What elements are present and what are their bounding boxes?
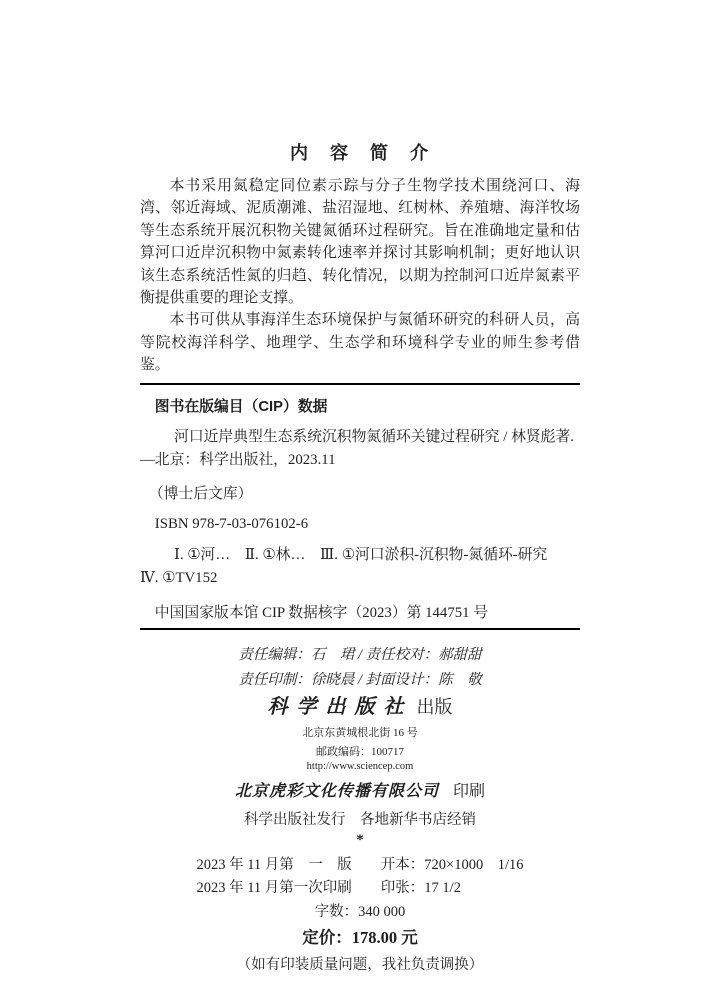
upper-content: 内 容 简 介 本书采用氮稳定同位素示踪与分子生物学技术围绕河口、海湾、邻近海域… [140,0,580,693]
credits-block: 责任编辑：石 珺 / 责任校对：郝甜甜 责任印制：徐晓晨 / 封面设计：陈 敬 [140,643,580,693]
cip-classification: Ⅰ. ①河… Ⅱ. ①林… Ⅲ. ①河口淤积-沉积物-氮循环-研究 Ⅳ. ①TV… [140,544,580,590]
quality-note: （如有印装质量问题，我社负责调换） [140,953,580,974]
intro-paragraph-1: 本书采用氮稳定同位素示踪与分子生物学技术围绕河口、海湾、邻近海域、泥质潮滩、盐沼… [140,175,580,309]
cip-isbn: ISBN 978-7-03-076102-6 [140,516,580,533]
printer-name: 北京虎彩文化传播有限公司 [235,783,439,800]
divider-rule-top [140,383,580,385]
cip-registry-number: 中国国家版本馆 CIP 数据核字（2023）第 144751 号 [140,601,580,622]
publisher-role: 出版 [417,697,453,717]
publisher-name-line: 科 学 出 版 社 出版 [140,690,580,719]
cip-block: 图书在版编目（CIP）数据 河口近岸典型生态系统沉积物氮循环关键过程研究 / 林… [140,395,580,622]
cip-series: （博士后文库） [140,482,580,503]
publisher-postcode: 邮政编码：100717 [140,743,580,759]
cip-entry: 河口近岸典型生态系统沉积物氮循环关键过程研究 / 林贤彪著. —北京：科学出版社… [140,426,580,472]
publisher-website: http://www.sciencep.com [140,761,580,772]
edition-line: 2023 年 11 月第 一 版 开本：720×1000 1/16 [196,854,523,877]
printer-role: 印刷 [453,783,485,800]
star-separator: * [140,832,580,849]
cip-heading: 图书在版编目（CIP）数据 [140,395,580,416]
distribution-line: 科学出版社发行 各地新华书店经销 [140,808,580,829]
printer-line: 北京虎彩文化传播有限公司 印刷 [140,778,580,801]
price: 定价：178.00 元 [140,924,580,948]
credits-editors: 责任编辑：石 珺 / 责任校对：郝甜甜 [140,643,580,668]
publisher-logotype: 科 学 出 版 社 [268,696,406,718]
word-count: 字数：340 000 [140,900,580,921]
intro-paragraph-2: 本书可供从事海洋生态环境保护与氮循环研究的科研人员，高等院校海洋科学、地理学、生… [140,309,580,376]
copyright-page: 内 容 简 介 本书采用氮稳定同位素示踪与分子生物学技术围绕河口、海湾、邻近海域… [0,0,720,1000]
publisher-address: 北京东黄城根北街 16 号 [140,724,580,740]
intro-title: 内 容 简 介 [140,139,580,165]
imprint-content: 科 学 出 版 社 出版 北京东黄城根北街 16 号 邮政编码：100717 h… [140,690,580,974]
impression-line: 2023 年 11 月第一次印刷 印张：17 1/2 [196,877,523,900]
edition-block: 2023 年 11 月第 一 版 开本：720×1000 1/16 2023 年… [196,854,523,899]
divider-rule-bottom [140,628,580,630]
credits-production: 责任印制：徐晓晨 / 封面设计：陈 敬 [140,668,580,693]
